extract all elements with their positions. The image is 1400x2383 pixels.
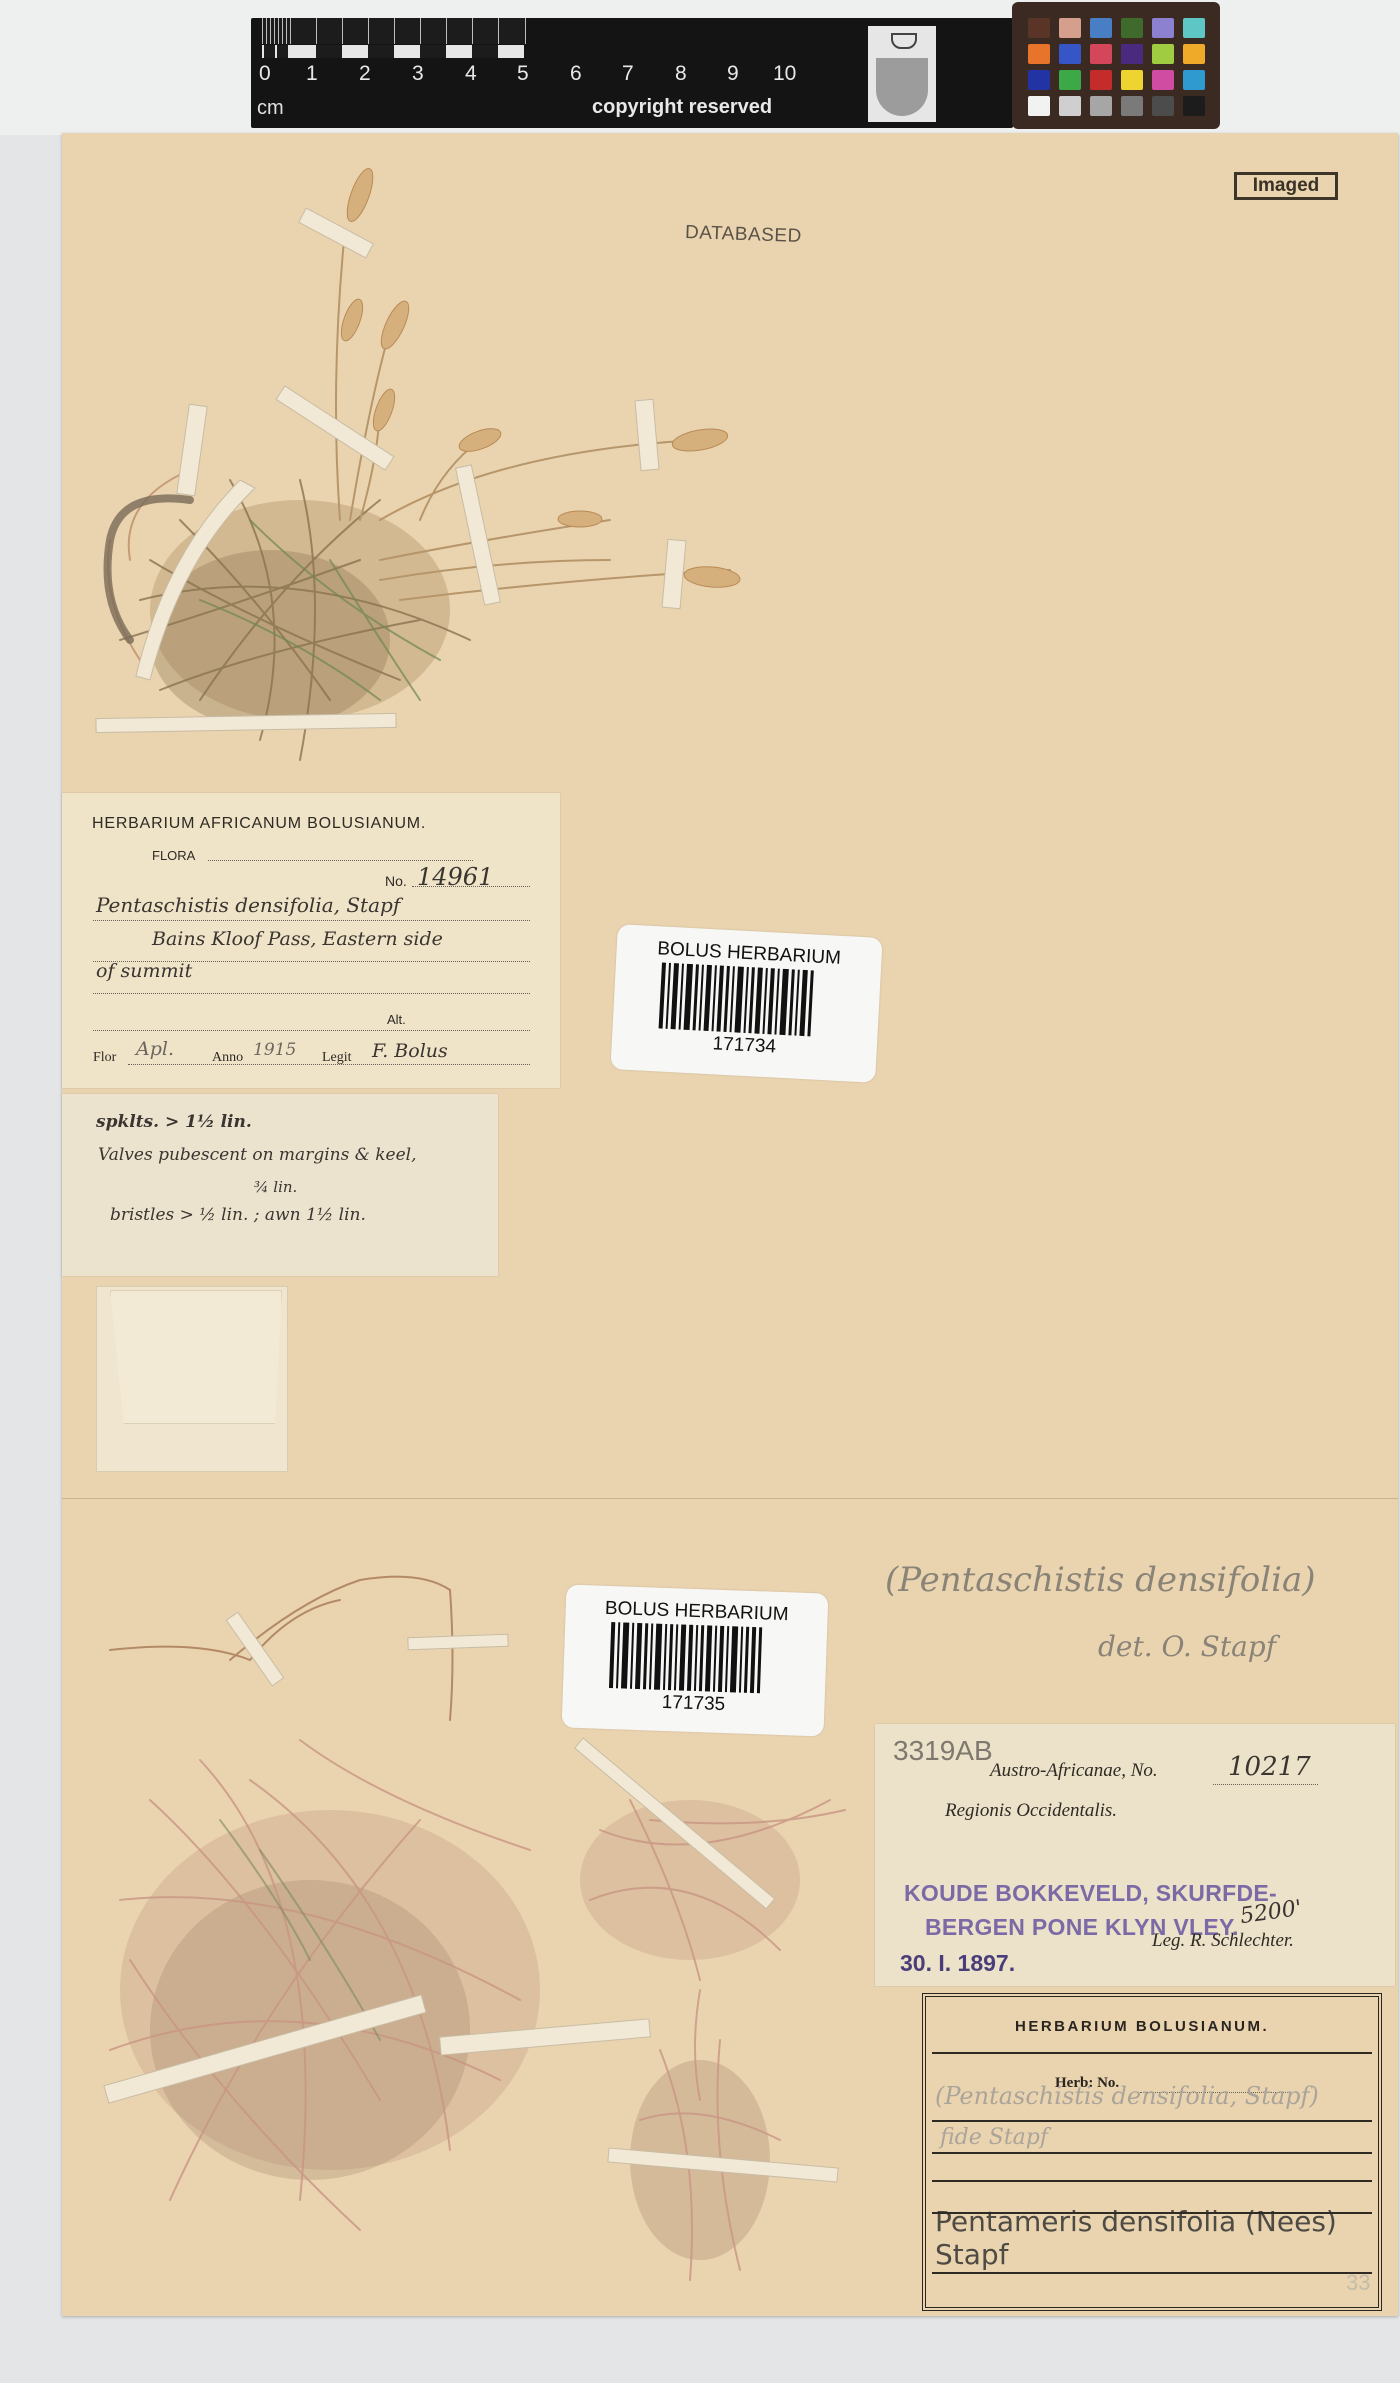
barcode-title: BOLUS HERBARIUM (565, 1596, 828, 1627)
dotted-rule (93, 920, 530, 921)
corner-stamp-number: 33 (1346, 2270, 1370, 2296)
note-line: bristles > ½ lin. ; awn 1½ lin. (110, 1205, 366, 1225)
number-label: No. (385, 873, 407, 889)
dotted-rule (412, 886, 530, 887)
collection-year: 1915 (253, 1040, 296, 1060)
locality-line-1: Bains Kloof Pass, Eastern side (152, 928, 443, 950)
barcode-label: BOLUS HERBARIUM 171734 (610, 924, 882, 1083)
flowering-month: Apl. (136, 1038, 174, 1060)
collection-date: 30. I. 1897. (900, 1950, 1015, 1977)
barcode-number: 171734 (611, 1028, 877, 1064)
dotted-rule (1213, 1784, 1318, 1785)
dotted-rule (208, 860, 473, 861)
note-line: spklts. > 1½ lin. (96, 1112, 252, 1132)
determination-note: (Pentaschistis densifolia) (885, 1560, 1316, 1600)
ruled-line (932, 2152, 1372, 2154)
label-heading: HERBARIUM BOLUSIANUM. (1015, 2018, 1269, 2035)
flora-label: FLORA (152, 848, 195, 863)
barcode-number: 171735 (562, 1688, 825, 1719)
dotted-rule (93, 993, 530, 994)
note-line: Valves pubescent on margins & keel, (98, 1145, 417, 1165)
ruled-line (932, 2052, 1372, 2054)
barcode-bars-icon (659, 963, 838, 1038)
ruled-line (932, 2272, 1372, 2274)
envelope-flap (110, 1290, 282, 1424)
dotted-rule (93, 1030, 530, 1031)
barcode-bars-icon (609, 1622, 787, 1694)
species-name: Pentaschistis densifolia, Stapf (96, 893, 400, 917)
flowering-label: Flor (93, 1050, 116, 1066)
dotted-rule (128, 1064, 530, 1065)
ruled-line (932, 2120, 1372, 2122)
ruled-line (932, 2180, 1372, 2182)
locality-stamp-line-1: KOUDE BOKKEVELD, SKURFDE- (904, 1880, 1277, 1907)
altitude-label: Alt. (387, 1012, 406, 1027)
current-determination: Pentameris densifolia (Nees) Stapf (935, 2205, 1400, 2271)
grid-reference: 3319AB (893, 1735, 993, 1767)
collector-name: Leg. R. Schlechter. (1152, 1930, 1294, 1952)
region-label: Regionis Occidentalis. (945, 1800, 1117, 1822)
determiner: det. O. Stapf (1098, 1630, 1276, 1663)
previous-determination: (Pentaschistis densifolia, Stapf) (935, 2082, 1319, 2110)
barcode-label: BOLUS HERBARIUM 171735 (562, 1584, 829, 1736)
ruled-line (932, 2212, 1372, 2214)
note-line: ¾ lin. (254, 1178, 297, 1196)
collector-name: F. Bolus (372, 1040, 448, 1062)
series-label: Austro-Africanae, No. (990, 1760, 1158, 1782)
fide-note: fide Stapf (940, 2125, 1048, 2150)
locality-line-2: of summit (96, 960, 192, 982)
series-number: 10217 (1228, 1752, 1311, 1782)
label-heading: HERBARIUM AFRICANUM BOLUSIANUM. (92, 815, 426, 833)
